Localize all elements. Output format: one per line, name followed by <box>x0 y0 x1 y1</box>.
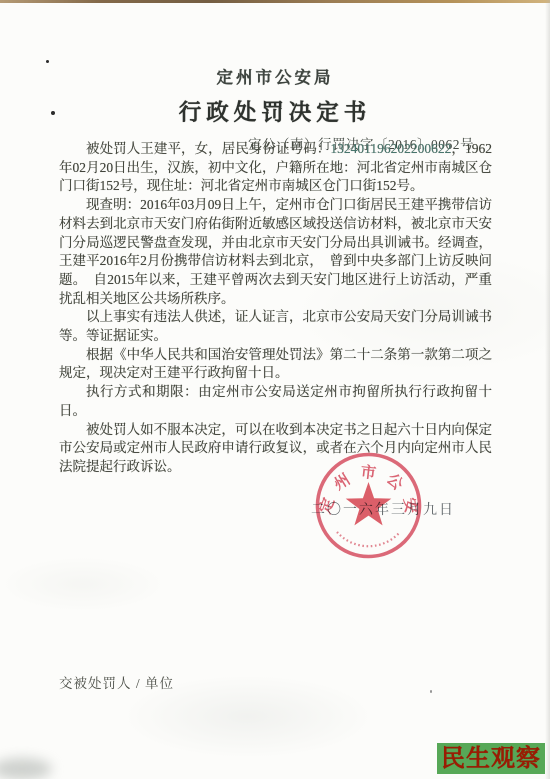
scan-smudge <box>0 758 52 779</box>
document-body: 被处罚人王建平，女，居民身份证号码：132401196202200622，196… <box>59 140 492 477</box>
paragraph-subject-info: 被处罚人王建平，女，居民身份证号码：132401196202200622，196… <box>59 140 492 196</box>
watermark-badge: 民生观察 <box>437 743 545 774</box>
deliver-to-line: 交被处罚人 / 单位 <box>59 672 174 692</box>
id-number: 132401196202200622 <box>330 141 451 156</box>
official-seal: 定州市公安局 <box>306 443 431 568</box>
seal-star-icon <box>346 482 392 525</box>
subject-info-prefix: 被处罚人王建平，女，居民身份证号码： <box>86 141 330 156</box>
paragraph-execution: 执行方式和期限：由定州市公安局送定州市拘留所执行行政拘留十日。 <box>59 383 492 420</box>
paragraph-findings: 现查明：2016年03月09日上午，定州市仓门口街居民王建平携带信访材料去到北京… <box>59 196 492 308</box>
document-title: 行政处罚决定书 <box>0 95 550 127</box>
scanned-document-page: 定州市公安局 行政处罚决定书 定公（南）行罚决字〔2016〕0062号 被处罚人… <box>0 0 550 779</box>
paragraph-legal-basis: 根据《中华人民共和国治安管理处罚法》第二十二条第一款第二项之规定，现决定对王建平… <box>59 346 492 383</box>
paragraph-evidence: 以上事实有违法人供述，证人证言，北京市公安局天安门分局训诫书等。等证据证实。 <box>59 308 492 345</box>
seal-code-arc <box>337 532 400 546</box>
document-header: 定州市公安局 行政处罚决定书 定公（南）行罚决字〔2016〕0062号 <box>0 0 550 153</box>
watermark-text: 民生观察 <box>441 747 541 771</box>
dust-speck <box>430 690 432 693</box>
agency-name: 定州市公安局 <box>0 64 550 88</box>
